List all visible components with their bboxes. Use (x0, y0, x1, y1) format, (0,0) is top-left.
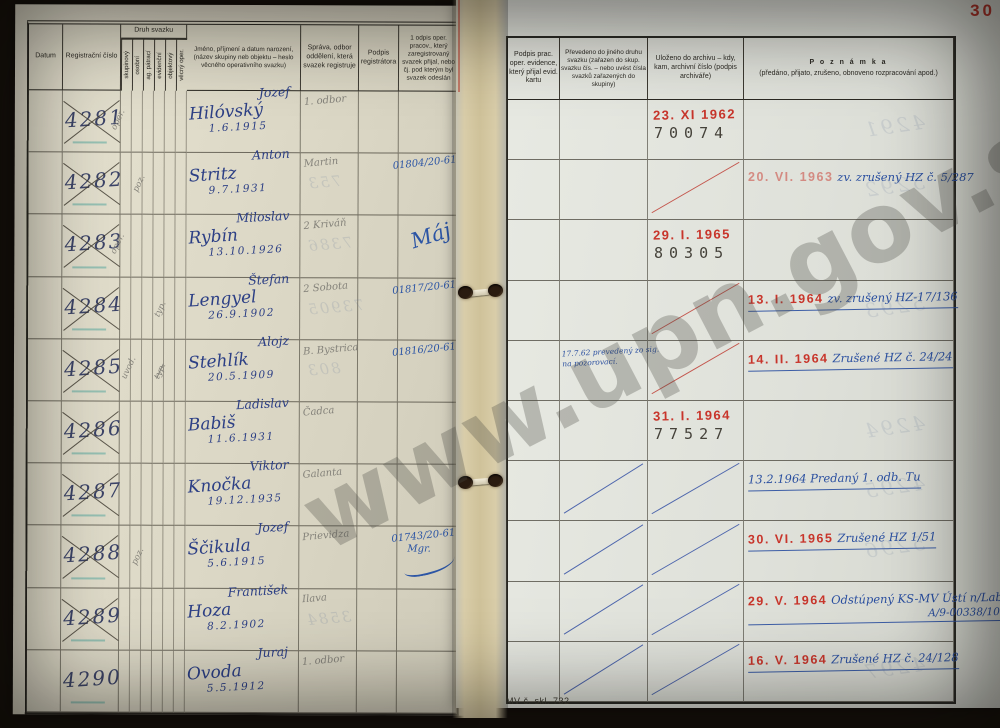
cell-registration-number: 4290 (61, 650, 119, 712)
registration-number: 4284 (63, 291, 123, 319)
cell-druh-svazku (120, 402, 131, 464)
registering-office: Čadca (302, 405, 334, 419)
cell-druh-svazku (142, 277, 153, 339)
header-sub-ag-patraci: ag. pátrací (143, 39, 154, 91)
poznamka-subtitle: (předáno, přijato, zrušeno, obnoveno roz… (759, 70, 938, 79)
teal-underline-mark (71, 515, 105, 517)
header-sub-evidencni: evidenční (154, 39, 165, 91)
header-podpis-registratora: Podpis registrátora (359, 25, 399, 91)
cell-sprava: Prievidza (299, 527, 357, 589)
cell-archiv (648, 281, 744, 341)
cell-druh-svazku: typ. (164, 277, 175, 339)
cell-odpis (397, 589, 457, 651)
remark-date-stamp: 13. I. 1964 (748, 291, 824, 306)
cell-podpis-evidence (508, 220, 560, 280)
cell-registration-number: 4288 (61, 526, 119, 588)
cell-sprava: 1. odbor (301, 91, 359, 153)
cell-prevedeno (560, 521, 648, 581)
cell-podpis (359, 91, 399, 153)
binding-gutter (452, 0, 508, 718)
header-sub-vecny-oper: věcný oper. (176, 39, 187, 91)
page-number: 30 (970, 1, 995, 21)
header-sub-osobni: osobní (132, 39, 143, 91)
diagonal-strike-line (652, 523, 740, 574)
archive-number: 80305 (654, 244, 729, 262)
cell-poznamka: 4291 (744, 100, 954, 160)
cell-druh-svazku (119, 464, 130, 526)
cell-druh-svazku (153, 402, 164, 464)
cell-poznamka: 14. II. 1964Zrušené HZ č. 24/24 (744, 341, 954, 401)
cell-datum (28, 401, 62, 463)
cell-druh-svazku (143, 91, 154, 153)
teal-underline-mark (71, 577, 105, 579)
cell-druh-svazku (119, 526, 130, 588)
cell-poznamka (744, 220, 954, 280)
diagonal-strike-line (564, 464, 643, 514)
cell-druh-svazku (163, 464, 174, 526)
registration-number: 4282 (64, 167, 124, 195)
cell-sprava: Ilava3584 (299, 589, 357, 651)
cell-poznamka: 13. I. 1964zv. zrušený HZ-17/1365293 (744, 281, 954, 341)
teal-underline-mark (72, 266, 106, 268)
cell-sprava: Čadca (300, 402, 358, 464)
archive-number: 77527 (654, 425, 729, 443)
cell-sprava: 2 Kriváň7386 (300, 216, 358, 278)
remark-date-stamp: 30. VI. 1965 (748, 531, 834, 546)
header-druh-svazku: Druh svazku (121, 25, 187, 39)
poznamka-title: P o z n á m k a (809, 59, 887, 68)
cell-prevedeno (560, 461, 648, 521)
header-poznamka: P o z n á m k a (předáno, přijato, zruše… (744, 38, 954, 100)
remark-text: Odstúpený KS-MV Ústí n/Labem (831, 589, 1000, 606)
cell-poznamka: 4294 (744, 401, 954, 461)
cell-prevedeno (560, 160, 648, 220)
cell-druh-svazku (131, 215, 142, 277)
cell-sprava: Galanta (299, 464, 357, 526)
cell-druh-svazku (163, 588, 174, 650)
cell-registration-number: 4287 (61, 464, 119, 526)
header-jmeno: Jméno, příjmení a datum narození, (název… (187, 25, 301, 91)
cell-datum (28, 215, 62, 277)
registering-office: 2 Sobota (303, 280, 349, 295)
registering-office: 1. odbor (304, 94, 347, 109)
registration-number: 4290 (62, 664, 122, 692)
cell-druh-svazku (176, 153, 187, 215)
cell-datum (27, 463, 61, 525)
remark-date-stamp: 14. II. 1964 (748, 351, 829, 366)
cell-archiv (648, 642, 744, 702)
header-odpis-oper: 1 odpis oper. pracov., který zaregistrov… (399, 26, 459, 92)
cell-archiv: 31. I. 196477527 (648, 401, 744, 461)
cell-name: LadislavBabiš11.6.1931 (186, 402, 300, 465)
cell-odpis: 01804/20-61 (399, 154, 459, 216)
archive-entry: 31. I. 1964 (653, 406, 731, 425)
teal-underline-mark (71, 639, 105, 641)
cell-druh-svazku (130, 464, 141, 526)
cell-sprava: 1. odbor (299, 651, 357, 713)
cell-podpis-evidence (508, 100, 560, 160)
cell-druh-svazku (130, 588, 141, 650)
cell-druh-svazku: poz. (143, 153, 154, 215)
cell-poznamka: 29. V. 1964Odstúpený KS-MV Ústí n/LabemA… (744, 582, 954, 642)
cell-prevedeno (560, 220, 648, 280)
cell-archiv (648, 160, 744, 220)
cell-datum (28, 339, 62, 401)
right-table: Podpis prac. oper. evidence, který přija… (506, 36, 956, 704)
cell-name: ŠtefanLengyel26.9.1902 (186, 277, 300, 340)
cell-datum (29, 90, 63, 152)
cell-podpis-evidence (508, 401, 560, 461)
form-number: MV č. skl. 732 (506, 696, 570, 706)
cell-registration-number: 4289 (61, 588, 119, 650)
archive-number: 70074 (654, 124, 729, 142)
registration-number: 4288 (63, 540, 123, 568)
diagonal-strike-line (564, 524, 643, 574)
header-prevedeno: Převedeno do jiného druhu svazku (zařaze… (560, 38, 648, 100)
cell-druh-svazku (130, 650, 141, 712)
cell-archiv (648, 341, 744, 401)
cell-prevedeno: 17.7.62 prevedený zo sig.na pozorovací. (560, 341, 648, 401)
dispatch-number: 01817/20-61 (392, 279, 457, 296)
binding-hole (488, 474, 503, 487)
margin-red-line (458, 0, 460, 92)
cell-datum (27, 650, 61, 712)
ink-offset-ghost-number: 4291 (861, 110, 927, 143)
cell-podpis-evidence (508, 521, 560, 581)
archive-date-stamp: 29. I. 1965 (653, 227, 731, 243)
registering-office: 1. odbor (302, 653, 345, 668)
teal-underline-mark (73, 142, 107, 144)
teal-underline-mark (71, 701, 105, 703)
cell-archiv (648, 521, 744, 581)
dispatch-annotation: Mgr. (407, 544, 431, 555)
cell-prevedeno (560, 582, 648, 642)
cell-archiv: 23. XI 196270074 (648, 100, 744, 160)
right-page: Podpis prac. oper. evidence, který přija… (456, 0, 1000, 708)
cell-sprava: B. Bystrica803 (300, 340, 358, 402)
cell-odpis: 01817/20-61 (398, 278, 458, 340)
ink-offset-ghost-number: 753 (306, 172, 342, 193)
registering-office: Ilava (302, 592, 328, 605)
cell-podpis (358, 216, 398, 278)
teal-underline-mark (73, 204, 107, 206)
ink-offset-ghost-number: 803 (305, 359, 341, 380)
cell-name: AlojzStehlík20.5.1909 (186, 340, 300, 403)
cell-poznamka: 30. VI. 1965Zrušené HZ 1/515296 (744, 521, 954, 581)
cell-druh-svazku: oper. (120, 215, 131, 277)
archive-date-stamp: 31. I. 1964 (653, 407, 731, 423)
cell-podpis (357, 465, 397, 527)
header-podpis-prac-oper: Podpis prac. oper. evidence, který přija… (508, 38, 560, 100)
registering-office: 2 Kriváň (303, 218, 347, 233)
diagonal-strike-line (652, 343, 740, 394)
cell-podpis-evidence (508, 461, 560, 521)
signature-flourish (402, 551, 457, 580)
header-ulozeno-do-archivu: Uloženo do archivu – kdy, kam, archivní … (648, 38, 744, 100)
cell-druh-svazku: typ. (164, 339, 175, 401)
remark-date-stamp: 20. VI. 1963 (748, 170, 833, 184)
cell-druh-svazku (141, 588, 152, 650)
remark-date-stamp: 29. V. 1964 (748, 592, 828, 607)
header-sub-skupinovy: skupinový (121, 39, 132, 91)
cell-sprava: Martin753 (301, 153, 359, 215)
archive-entry: 23. XI 1962 (653, 105, 736, 124)
cell-datum (28, 277, 62, 339)
teal-underline-mark (72, 328, 106, 330)
cell-druh-svazku (174, 526, 185, 588)
registration-number: 4289 (62, 602, 122, 630)
cell-odpis (397, 465, 457, 527)
cell-poznamka: 13.2.1964 Predaný 1. odb. Tu4295 (744, 461, 954, 521)
remark-entry: 29. V. 1964Odstúpený KS-MV Ústí n/LabemA… (748, 590, 1000, 623)
cell-prevedeno (560, 401, 648, 461)
cell-archiv: 29. I. 196580305 (648, 220, 744, 280)
cell-name: ViktorKnočka19.12.1935 (185, 464, 299, 527)
cell-druh-svazku (175, 402, 186, 464)
left-table: Datum Registrační číslo Druh svazku skup… (25, 20, 461, 715)
cell-podpis-evidence (508, 281, 560, 341)
cell-druh-svazku (174, 588, 185, 650)
cell-sprava: 2 Sobota73905 (300, 278, 358, 340)
cell-podpis (357, 651, 397, 713)
cell-druh-svazku (142, 215, 153, 277)
cell-odpis (398, 402, 458, 464)
cell-odpis: 01743/20-61Mgr. (397, 527, 457, 589)
remark-date-stamp: 16. V. 1964 (748, 652, 828, 667)
ink-offset-ghost-number: 7386 (306, 234, 354, 256)
cell-name: JozefHilóvský1.6.1915 (187, 91, 301, 154)
cell-druh-svazku (165, 91, 176, 153)
teal-underline-mark (72, 453, 106, 455)
binding-hole (458, 476, 473, 489)
cell-name: JurajOvoda5.5.1912 (185, 650, 299, 713)
cell-druh-svazku (175, 277, 186, 339)
cell-druh-svazku (131, 402, 142, 464)
cell-druh-svazku (142, 402, 153, 464)
diagonal-strike-line (564, 584, 643, 634)
registering-office: B. Bystrica (303, 342, 359, 358)
cell-druh-svazku: oper. (121, 91, 132, 153)
diagonal-strike-line (652, 644, 740, 695)
cell-druh-svazku (163, 650, 174, 712)
cell-registration-number: 4282 (63, 153, 121, 215)
cell-odpis: Máj (398, 216, 458, 278)
registering-office: Prievidza (302, 529, 350, 544)
cell-druh-svazku (165, 153, 176, 215)
binding-hole (488, 284, 503, 297)
diagonal-strike-line (652, 463, 740, 514)
cell-druh-svazku (152, 464, 163, 526)
cell-podpis-evidence (508, 642, 560, 702)
remark-entry: 16. V. 1964Zrušené HZ č. 24/128 (748, 650, 959, 671)
cell-druh-svazku (119, 650, 130, 712)
diagonal-strike-line (652, 162, 740, 213)
cell-druh-svazku (152, 588, 163, 650)
registration-number: 4285 (63, 353, 123, 381)
ink-offset-ghost-number: 73905 (306, 296, 365, 319)
remark-entry: 14. II. 1964Zrušené HZ č. 24/24 (748, 349, 953, 370)
cell-name: MiloslavRybín13.10.1926 (186, 215, 300, 278)
cell-poznamka: 20. VI. 1963zv. zrušený HZ č. 5/2875292 (744, 160, 954, 220)
teal-underline-mark (72, 390, 106, 392)
cell-datum (29, 152, 63, 214)
cell-druh-svazku: poz. (141, 526, 152, 588)
transfer-note: 17.7.62 prevedený zo sig.na pozorovací. (562, 344, 660, 369)
header-sub-objektovy: objektový (165, 39, 176, 91)
cell-druh-svazku (174, 464, 185, 526)
cell-druh-svazku (175, 340, 186, 402)
cell-registration-number: 4285 (62, 339, 120, 401)
cell-druh-svazku (132, 91, 143, 153)
dispatch-number: 01816/20-61 (392, 341, 457, 358)
cell-datum (27, 526, 61, 588)
cell-podpis (358, 402, 398, 464)
registration-number: 4287 (63, 478, 123, 506)
cell-poznamka: 16. V. 1964Zrušené HZ č. 24/1284297 (744, 642, 954, 702)
cell-podpis-evidence (508, 160, 560, 220)
cell-druh-svazku (152, 650, 163, 712)
cell-druh-svazku (142, 339, 153, 401)
cell-druh-svazku (163, 526, 174, 588)
cell-druh-svazku (174, 650, 185, 712)
cell-registration-number: 4284 (62, 277, 120, 339)
cell-prevedeno (560, 281, 648, 341)
diagonal-strike-line (564, 644, 643, 694)
cell-druh-svazku (154, 153, 165, 215)
dispatch-number: 01743/20-61 (391, 528, 456, 545)
cell-name: AntonStritz9.7.1931 (187, 153, 301, 216)
cell-druh-svazku (153, 215, 164, 277)
registrar-signature: Máj (408, 218, 454, 253)
cell-podpis-evidence (508, 582, 560, 642)
dispatch-number: 01804/20-61 (392, 155, 457, 172)
cell-druh-svazku (141, 650, 152, 712)
cell-druh-svazku (175, 215, 186, 277)
left-page: Datum Registrační číslo Druh svazku skup… (13, 4, 467, 716)
header-sprava: Správa, odbor oddělení, která svazek reg… (301, 25, 359, 91)
cell-druh-svazku (120, 277, 131, 339)
cell-prevedeno (560, 100, 648, 160)
cell-druh-svazku (154, 91, 165, 153)
header-reg-cislo: Registrační číslo (63, 24, 121, 90)
remark-entry: 13. I. 1964zv. zrušený HZ-17/136 (748, 289, 958, 310)
cell-druh-svazku: uvod. (131, 339, 142, 401)
remark-text: Zrušené HZ č. 24/24 (832, 349, 952, 365)
cell-druh-svazku (164, 402, 175, 464)
cell-archiv (648, 582, 744, 642)
cell-name: FrantišekHoza8.2.1902 (185, 588, 299, 651)
cell-podpis (357, 589, 397, 651)
cell-druh-svazku (176, 91, 187, 153)
registering-office: Martin (303, 156, 338, 170)
cell-druh-svazku (119, 588, 130, 650)
ink-offset-ghost-number: 3584 (304, 607, 352, 629)
cell-odpis (399, 92, 459, 154)
scanned-ledger-photo: Datum Registrační číslo Druh svazku skup… (0, 0, 1000, 728)
cell-druh-svazku (121, 153, 132, 215)
diagonal-strike-line (652, 584, 740, 635)
cell-odpis (397, 651, 457, 713)
diagonal-strike-line (652, 283, 740, 334)
archive-date-stamp: 23. XI 1962 (653, 106, 736, 122)
cell-datum (27, 588, 61, 650)
cell-druh-svazku (152, 526, 163, 588)
cell-odpis: 01816/20-61 (398, 340, 458, 402)
cell-registration-number: 4286 (62, 401, 120, 463)
ink-offset-ghost-number: 4294 (861, 411, 927, 444)
cell-podpis-evidence (508, 341, 560, 401)
registration-number: 4286 (63, 415, 123, 443)
cell-druh-svazku (141, 464, 152, 526)
registering-office: Galanta (302, 467, 342, 481)
cell-druh-svazku (164, 215, 175, 277)
cell-name: JozefŠčikula5.6.1915 (185, 526, 299, 589)
archive-entry: 29. I. 1965 (653, 226, 731, 245)
cell-druh-svazku (131, 277, 142, 339)
binding-hole (458, 286, 473, 299)
header-datum: Datum (29, 24, 63, 90)
cell-archiv (648, 461, 744, 521)
cell-prevedeno (560, 642, 648, 702)
